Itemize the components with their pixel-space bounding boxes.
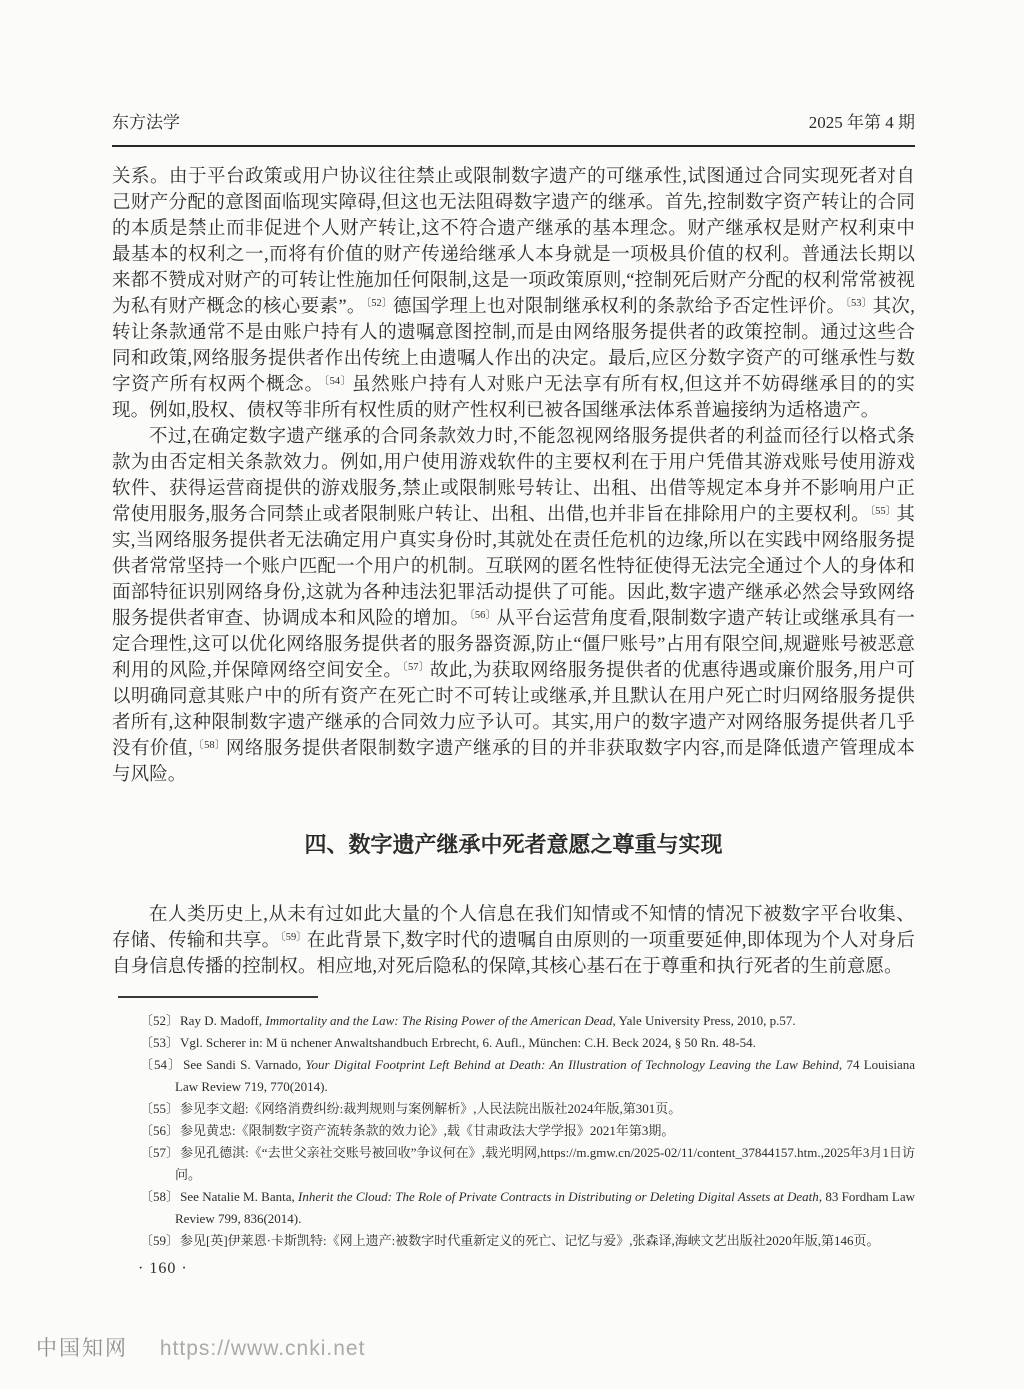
body-paragraph-1: 关系。由于平台政策或用户协议往往禁止或限制数字遗产的可继承性,试图通过合同实现死… xyxy=(112,164,915,424)
article-content: 关系。由于平台政策或用户协议往往禁止或限制数字遗产的可继承性,试图通过合同实现死… xyxy=(112,164,915,980)
page-header: 东方法学 2025 年第 4 期 xyxy=(112,112,915,147)
footnote-marker: 〔55〕 xyxy=(140,1101,179,1116)
footnote-marker: 〔53〕 xyxy=(140,1035,179,1050)
footnote-item: 〔54〕See Sandi S. Varnado, Your Digital F… xyxy=(112,1054,915,1098)
footnote-marker: 〔57〕 xyxy=(140,1145,179,1160)
footnote-list: 〔52〕Ray D. Madoff, Immortality and the L… xyxy=(112,1010,915,1252)
footnote-marker: 〔58〕 xyxy=(140,1189,179,1204)
issue-label: 2025 年第 4 期 xyxy=(809,112,915,134)
page-number: · 160 · xyxy=(112,1260,915,1278)
footnote-item: 〔52〕Ray D. Madoff, Immortality and the L… xyxy=(112,1010,915,1032)
footnote-marker: 〔52〕 xyxy=(140,1013,179,1028)
journal-page: 东方法学 2025 年第 4 期 关系。由于平台政策或用户协议往往禁止或限制数字… xyxy=(0,0,1024,1389)
cnki-watermark-url: https://www.cnki.net xyxy=(160,1337,366,1360)
footnote-marker: 〔54〕 xyxy=(140,1057,182,1072)
footnote-item: 〔58〕See Natalie M. Banta, Inherit the Cl… xyxy=(112,1186,915,1230)
footnote-item: 〔55〕参见李文超:《网络消费纠纷:裁判规则与案例解析》,人民法院出版社2024… xyxy=(112,1098,915,1120)
footnote-separator xyxy=(118,996,318,998)
footnote-marker: 〔59〕 xyxy=(140,1233,179,1248)
journal-name: 东方法学 xyxy=(112,112,180,134)
footnote-item: 〔59〕参见[英]伊莱恩·卡斯凯特:《网上遗产:被数字时代重新定义的死亡、记忆与… xyxy=(112,1230,915,1252)
body-paragraph-3: 在人类历史上,从未有过如此大量的个人信息在我们知情或不知情的情况下被数字平台收集… xyxy=(112,902,915,980)
footnote-marker: 〔56〕 xyxy=(140,1123,179,1138)
footnote-item: 〔53〕Vgl. Scherer in: M ü nchener Anwalts… xyxy=(112,1032,915,1054)
body-paragraph-2: 不过,在确定数字遗产继承的合同条款效力时,不能忽视网络服务提供者的利益而径行以格… xyxy=(112,424,915,788)
footnote-item: 〔56〕参见黄忠:《限制数字资产流转条款的效力论》,载《甘肃政法大学学报》202… xyxy=(112,1120,915,1142)
cnki-watermark: 中国知网 https://www.cnki.net xyxy=(36,1332,365,1362)
footnote-item: 〔57〕参见孔德淇:《“去世父亲社交账号被回收”争议何在》,载光明网,https… xyxy=(112,1142,915,1186)
cnki-brand-label: 中国知网 xyxy=(36,1337,128,1360)
section-heading: 四、数字遗产继承中死者意愿之尊重与实现 xyxy=(112,830,915,860)
